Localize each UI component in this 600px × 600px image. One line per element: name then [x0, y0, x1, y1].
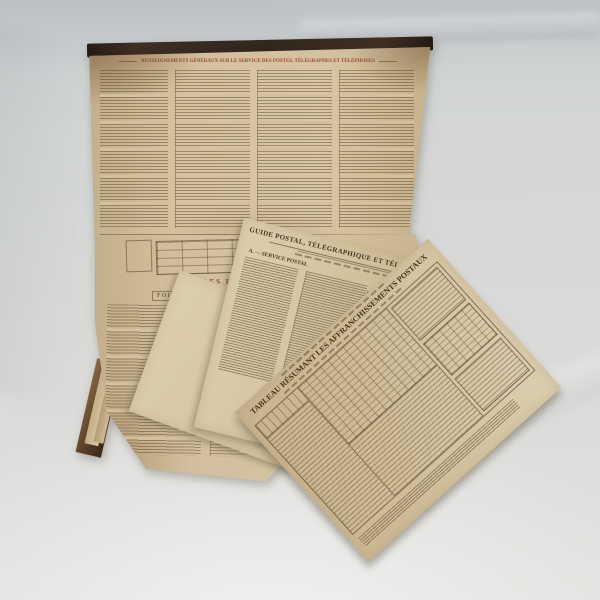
header-rule-right	[379, 61, 397, 62]
header-rule-left	[119, 61, 137, 62]
text-column	[339, 70, 414, 228]
text-column	[100, 70, 168, 228]
text-column	[175, 70, 250, 228]
photo-scene: RENSEIGNEMENTS GÉNÉRAUX SUR LE SERVICE D…	[0, 0, 600, 600]
top-page-header: RENSEIGNEMENTS GÉNÉRAUX SUR LE SERVICE D…	[119, 59, 397, 64]
book-top-page: RENSEIGNEMENTS GÉNÉRAUX SUR LE SERVICE D…	[84, 46, 432, 244]
fairs-table-side-cell	[126, 240, 153, 273]
top-page-header-text: RENSEIGNEMENTS GÉNÉRAUX SUR LE SERVICE D…	[141, 59, 375, 64]
top-page-text-columns	[100, 70, 414, 228]
text-column	[257, 70, 332, 228]
